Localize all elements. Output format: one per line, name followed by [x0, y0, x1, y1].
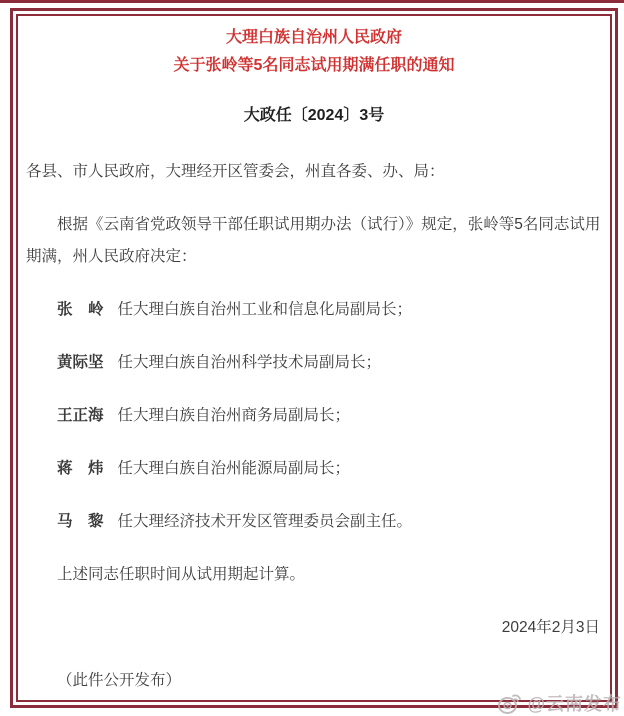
doc-title-org: 大理白族自治州人民政府	[26, 24, 602, 52]
watermark: @云南发布	[497, 690, 622, 716]
doc-title-subject: 关于张岭等5名同志试用期满任职的通知	[26, 52, 602, 80]
closing-line: 上述同志任职时间从试用期起计算。	[26, 559, 602, 591]
weibo-logo-icon	[497, 691, 523, 715]
document-page: 大理白族自治州人民政府 关于张岭等5名同志试用期满任职的通知 大政任〔2024〕…	[0, 0, 624, 716]
salutation: 各县、市人民政府，大理经开区管委会，州直各委、办、局：	[26, 156, 602, 188]
watermark-label: @云南发布	[527, 690, 622, 716]
appointment-text: 任大理白族自治州科学技术局副局长；	[118, 354, 382, 371]
appointment-text: 任大理白族自治州工业和信息化局副局长；	[118, 301, 413, 318]
person-name: 黄际坚	[57, 354, 104, 371]
top-red-strip	[0, 0, 624, 3]
appointment-row: 马 黎任大理经济技术开发区管理委员会副主任。	[26, 506, 602, 538]
appointment-text: 任大理白族自治州能源局副局长；	[118, 460, 351, 477]
intro-paragraph: 根据《云南省党政领导干部任职试用期办法（试行）》规定，张岭等5名同志试用期满，州…	[26, 209, 602, 273]
doc-title: 大理白族自治州人民政府 关于张岭等5名同志试用期满任职的通知	[26, 24, 602, 80]
intro-line-2: 期满，州人民政府决定：	[26, 248, 197, 265]
document-frame-inner: 大理白族自治州人民政府 关于张岭等5名同志试用期满任职的通知 大政任〔2024〕…	[16, 14, 612, 702]
person-name: 蒋 炜	[57, 460, 104, 477]
appointment-row: 王正海任大理白族自治州商务局副局长；	[26, 400, 602, 432]
person-name: 王正海	[57, 407, 104, 424]
intro-line-1: 根据《云南省党政领导干部任职试用期办法（试行）》规定，张岭等5名同志试用	[26, 216, 600, 233]
document-body: 各县、市人民政府，大理经开区管委会，州直各委、办、局： 根据《云南省党政领导干部…	[26, 156, 602, 697]
appointment-text: 任大理经济技术开发区管理委员会副主任。	[118, 513, 413, 530]
appointment-text: 任大理白族自治州商务局副局长；	[118, 407, 351, 424]
appointment-row: 张 岭任大理白族自治州工业和信息化局副局长；	[26, 294, 602, 326]
document-frame: 大理白族自治州人民政府 关于张岭等5名同志试用期满任职的通知 大政任〔2024〕…	[10, 8, 618, 708]
appointment-row: 黄际坚任大理白族自治州科学技术局副局长；	[26, 347, 602, 379]
appointment-row: 蒋 炜任大理白族自治州能源局副局长；	[26, 453, 602, 485]
person-name: 马 黎	[57, 513, 104, 530]
person-name: 张 岭	[57, 301, 104, 318]
doc-number: 大政任〔2024〕3号	[26, 104, 602, 128]
document-date: 2024年2月3日	[26, 612, 602, 644]
